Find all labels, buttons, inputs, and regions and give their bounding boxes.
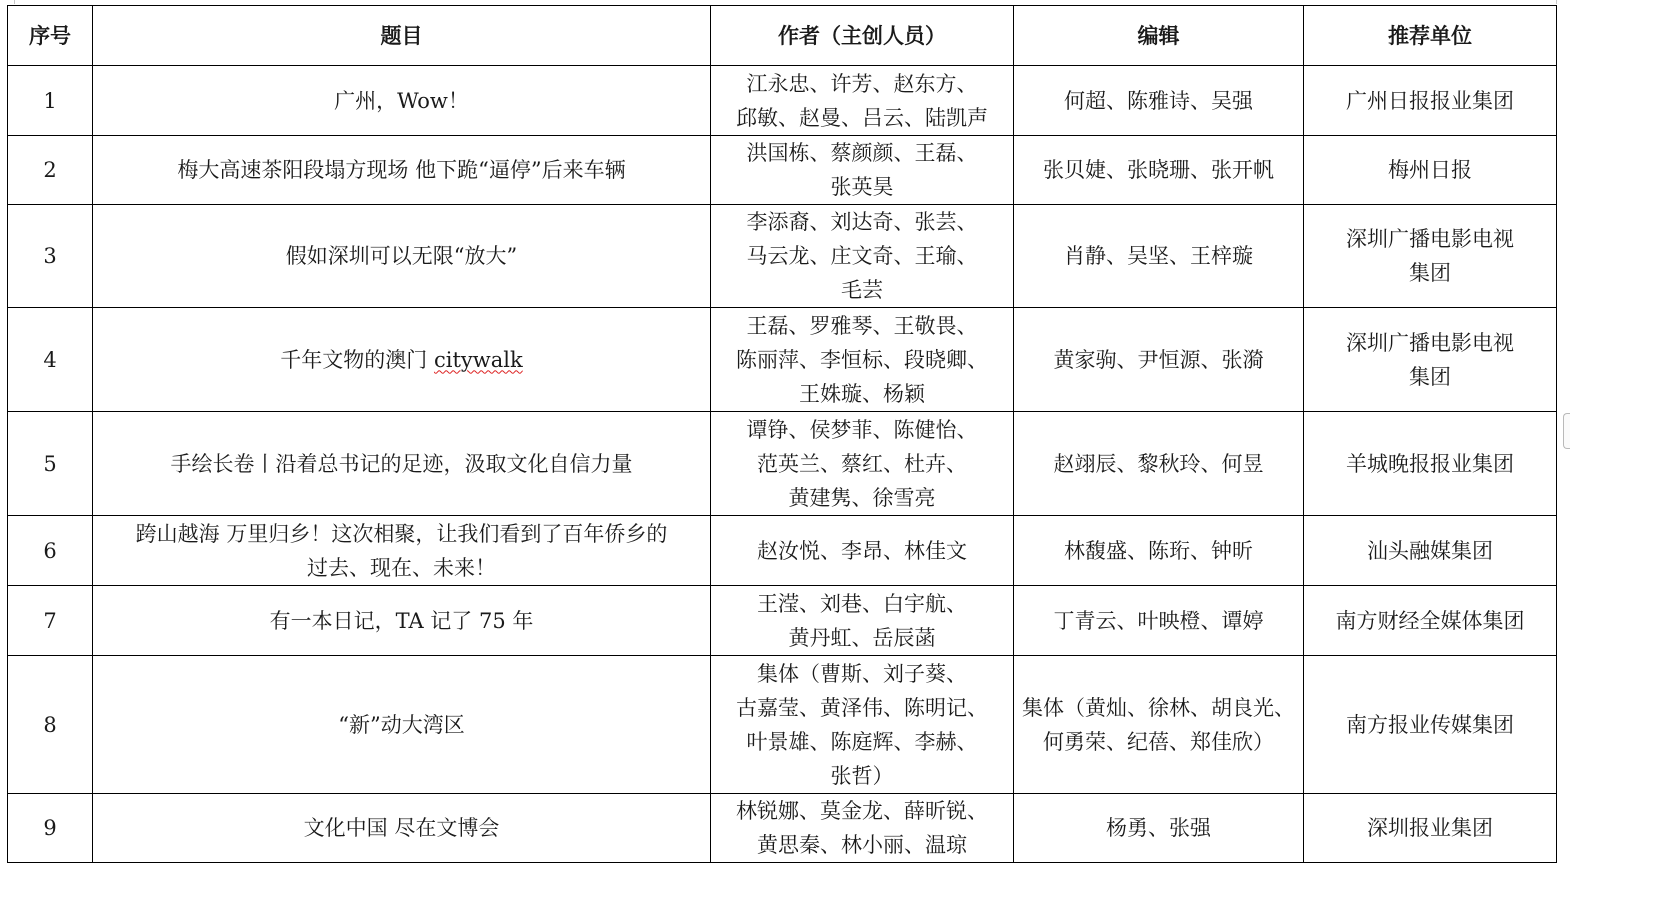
unit-line: 南方报业传媒集团 xyxy=(1310,708,1550,742)
document-page: 序号 题目 作者（主创人员） 编辑 推荐单位 1广州，Wow！江永忠、许芳、赵东… xyxy=(0,0,1670,921)
cell-unit[interactable]: 梅州日报 xyxy=(1304,136,1557,205)
unit-line: 汕头融媒集团 xyxy=(1310,534,1550,568)
cell-no[interactable]: 2 xyxy=(8,136,93,205)
spellcheck-flagged-word[interactable]: citywalk xyxy=(434,348,523,372)
cell-unit[interactable]: 南方报业传媒集团 xyxy=(1304,656,1557,794)
header-editor: 编辑 xyxy=(1014,6,1304,66)
cell-no[interactable]: 5 xyxy=(8,412,93,516)
cell-title[interactable]: “新”动大湾区 xyxy=(93,656,711,794)
row-number: 4 xyxy=(43,348,56,372)
table-body: 1广州，Wow！江永忠、许芳、赵东方、邱敏、赵曼、吕云、陆凯声何超、陈雅诗、吴强… xyxy=(8,66,1557,863)
author-line: 李添裔、刘达奇、张芸、 xyxy=(717,205,1007,239)
title-line: 有一本日记，TA 记了 75 年 xyxy=(99,604,704,638)
title-line: “新”动大湾区 xyxy=(99,708,704,742)
cell-title[interactable]: 跨山越海 万里归乡！这次相聚，让我们看到了百年侨乡的过去、现在、未来！ xyxy=(93,516,711,586)
row-number: 6 xyxy=(43,539,56,563)
cell-editor[interactable]: 黄家驹、尹恒源、张漪 xyxy=(1014,308,1304,412)
table-row: 8“新”动大湾区集体（曹斯、刘子葵、古嘉莹、黄泽伟、陈明记、叶景雄、陈庭辉、李赫… xyxy=(8,656,1557,794)
table-row: 9文化中国 尽在文博会林锐娜、莫金龙、薛昕锐、黄思秦、林小丽、温琼杨勇、张强深圳… xyxy=(8,794,1557,863)
title-line: 手绘长卷丨沿着总书记的足迹，汲取文化自信力量 xyxy=(99,447,704,481)
cell-no[interactable]: 7 xyxy=(8,586,93,656)
cell-author[interactable]: 洪国栋、蔡颜颜、王磊、张英昊 xyxy=(711,136,1014,205)
editor-line: 赵翊辰、黎秋玲、何昱 xyxy=(1020,447,1297,481)
editor-line: 黄家驹、尹恒源、张漪 xyxy=(1020,343,1297,377)
cell-no[interactable]: 3 xyxy=(8,205,93,308)
table-header-row: 序号 题目 作者（主创人员） 编辑 推荐单位 xyxy=(8,6,1557,66)
cell-unit[interactable]: 深圳报业集团 xyxy=(1304,794,1557,863)
cell-author[interactable]: 王滢、刘巷、白宇航、黄丹虹、岳辰菡 xyxy=(711,586,1014,656)
unit-line: 南方财经全媒体集团 xyxy=(1310,604,1550,638)
cell-unit[interactable]: 南方财经全媒体集团 xyxy=(1304,586,1557,656)
author-line: 谭铮、侯梦菲、陈健怡、 xyxy=(717,413,1007,447)
title-line: 跨山越海 万里归乡！这次相聚，让我们看到了百年侨乡的 xyxy=(99,517,704,551)
cell-editor[interactable]: 何超、陈雅诗、吴强 xyxy=(1014,66,1304,136)
author-line: 王姝璇、杨颖 xyxy=(717,377,1007,411)
award-table: 序号 题目 作者（主创人员） 编辑 推荐单位 1广州，Wow！江永忠、许芳、赵东… xyxy=(7,5,1557,863)
editor-line: 集体（黄灿、徐林、胡良光、 xyxy=(1020,691,1297,725)
row-number: 9 xyxy=(43,816,56,840)
unit-line: 集团 xyxy=(1310,256,1550,290)
editor-line: 丁青云、叶映橙、谭婷 xyxy=(1020,604,1297,638)
title-line: 假如深圳可以无限“放大” xyxy=(99,239,704,273)
unit-line: 深圳报业集团 xyxy=(1310,811,1550,845)
cell-unit[interactable]: 广州日报报业集团 xyxy=(1304,66,1557,136)
author-line: 张哲） xyxy=(717,759,1007,793)
row-number: 3 xyxy=(43,244,56,268)
editor-line: 林馥盛、陈珩、钟昕 xyxy=(1020,534,1297,568)
cell-editor[interactable]: 林馥盛、陈珩、钟昕 xyxy=(1014,516,1304,586)
title-line: 文化中国 尽在文博会 xyxy=(99,811,704,845)
cell-editor[interactable]: 杨勇、张强 xyxy=(1014,794,1304,863)
cell-title[interactable]: 手绘长卷丨沿着总书记的足迹，汲取文化自信力量 xyxy=(93,412,711,516)
title-line: 广州，Wow！ xyxy=(99,84,704,118)
page-corner-mark xyxy=(0,0,15,4)
header-author: 作者（主创人员） xyxy=(711,6,1014,66)
cell-author[interactable]: 林锐娜、莫金龙、薛昕锐、黄思秦、林小丽、温琼 xyxy=(711,794,1014,863)
author-line: 黄思秦、林小丽、温琼 xyxy=(717,828,1007,862)
author-line: 叶景雄、陈庭辉、李赫、 xyxy=(717,725,1007,759)
author-line: 马云龙、庄文奇、王瑜、 xyxy=(717,239,1007,273)
header-title: 题目 xyxy=(93,6,711,66)
cell-no[interactable]: 9 xyxy=(8,794,93,863)
row-number: 7 xyxy=(43,609,56,633)
cell-title[interactable]: 千年文物的澳门 citywalk xyxy=(93,308,711,412)
editor-line: 何勇荣、纪蓓、郑佳欣） xyxy=(1020,725,1297,759)
cell-author[interactable]: 谭铮、侯梦菲、陈健怡、范英兰、蔡红、杜卉、黄建隽、徐雪亮 xyxy=(711,412,1014,516)
title-line: 过去、现在、未来！ xyxy=(99,551,704,585)
cell-author[interactable]: 江永忠、许芳、赵东方、邱敏、赵曼、吕云、陆凯声 xyxy=(711,66,1014,136)
author-line: 赵汝悦、李昂、林佳文 xyxy=(717,534,1007,568)
author-line: 张英昊 xyxy=(717,170,1007,204)
author-line: 集体（曹斯、刘子葵、 xyxy=(717,657,1007,691)
cell-editor[interactable]: 集体（黄灿、徐林、胡良光、何勇荣、纪蓓、郑佳欣） xyxy=(1014,656,1304,794)
cell-title[interactable]: 有一本日记，TA 记了 75 年 xyxy=(93,586,711,656)
table-row: 5手绘长卷丨沿着总书记的足迹，汲取文化自信力量谭铮、侯梦菲、陈健怡、范英兰、蔡红… xyxy=(8,412,1557,516)
cell-author[interactable]: 集体（曹斯、刘子葵、古嘉莹、黄泽伟、陈明记、叶景雄、陈庭辉、李赫、张哲） xyxy=(711,656,1014,794)
row-number: 1 xyxy=(43,89,56,113)
row-number: 2 xyxy=(43,158,56,182)
table-row: 1广州，Wow！江永忠、许芳、赵东方、邱敏、赵曼、吕云、陆凯声何超、陈雅诗、吴强… xyxy=(8,66,1557,136)
cell-author[interactable]: 李添裔、刘达奇、张芸、马云龙、庄文奇、王瑜、毛芸 xyxy=(711,205,1014,308)
author-line: 王滢、刘巷、白宇航、 xyxy=(717,587,1007,621)
cell-editor[interactable]: 张贝婕、张晓珊、张开帆 xyxy=(1014,136,1304,205)
cell-unit[interactable]: 深圳广播电影电视集团 xyxy=(1304,205,1557,308)
unit-line: 深圳广播电影电视 xyxy=(1310,222,1550,256)
cell-author[interactable]: 王磊、罗雅琴、王敬畏、陈丽萍、李恒标、段晓卿、王姝璇、杨颖 xyxy=(711,308,1014,412)
title-text: 千年文物的澳门 xyxy=(280,348,434,372)
title-line: 梅大高速茶阳段塌方现场 他下跪“逼停”后来车辆 xyxy=(99,153,704,187)
cell-editor[interactable]: 肖静、吴坚、王梓璇 xyxy=(1014,205,1304,308)
table-row: 3假如深圳可以无限“放大”李添裔、刘达奇、张芸、马云龙、庄文奇、王瑜、毛芸肖静、… xyxy=(8,205,1557,308)
author-line: 范英兰、蔡红、杜卉、 xyxy=(717,447,1007,481)
author-line: 林锐娜、莫金龙、薛昕锐、 xyxy=(717,794,1007,828)
header-no: 序号 xyxy=(8,6,93,66)
cell-no[interactable]: 6 xyxy=(8,516,93,586)
cell-editor[interactable]: 赵翊辰、黎秋玲、何昱 xyxy=(1014,412,1304,516)
cell-title[interactable]: 文化中国 尽在文博会 xyxy=(93,794,711,863)
table-row: 2梅大高速茶阳段塌方现场 他下跪“逼停”后来车辆洪国栋、蔡颜颜、王磊、张英昊张贝… xyxy=(8,136,1557,205)
author-line: 黄丹虹、岳辰菡 xyxy=(717,621,1007,655)
row-number: 5 xyxy=(43,452,56,476)
author-line: 洪国栋、蔡颜颜、王磊、 xyxy=(717,136,1007,170)
title-line: 千年文物的澳门 citywalk xyxy=(99,343,704,377)
author-line: 陈丽萍、李恒标、段晓卿、 xyxy=(717,343,1007,377)
cell-unit[interactable]: 汕头融媒集团 xyxy=(1304,516,1557,586)
author-line: 黄建隽、徐雪亮 xyxy=(717,481,1007,515)
editor-line: 何超、陈雅诗、吴强 xyxy=(1020,84,1297,118)
cell-no[interactable]: 8 xyxy=(8,656,93,794)
cell-no[interactable]: 1 xyxy=(8,66,93,136)
header-unit: 推荐单位 xyxy=(1304,6,1557,66)
unit-line: 羊城晚报报业集团 xyxy=(1310,447,1550,481)
author-line: 江永忠、许芳、赵东方、 xyxy=(717,67,1007,101)
author-line: 邱敏、赵曼、吕云、陆凯声 xyxy=(717,101,1007,135)
unit-line: 集团 xyxy=(1310,360,1550,394)
cell-editor[interactable]: 丁青云、叶映橙、谭婷 xyxy=(1014,586,1304,656)
editor-line: 张贝婕、张晓珊、张开帆 xyxy=(1020,153,1297,187)
cell-author[interactable]: 赵汝悦、李昂、林佳文 xyxy=(711,516,1014,586)
page-corner-mark xyxy=(1556,0,1571,4)
author-line: 王磊、罗雅琴、王敬畏、 xyxy=(717,309,1007,343)
cell-title[interactable]: 假如深圳可以无限“放大” xyxy=(93,205,711,308)
author-line: 古嘉莹、黄泽伟、陈明记、 xyxy=(717,691,1007,725)
unit-line: 深圳广播电影电视 xyxy=(1310,326,1550,360)
unit-line: 梅州日报 xyxy=(1310,153,1550,187)
cell-unit[interactable]: 深圳广播电影电视集团 xyxy=(1304,308,1557,412)
table-row: 6跨山越海 万里归乡！这次相聚，让我们看到了百年侨乡的过去、现在、未来！赵汝悦、… xyxy=(8,516,1557,586)
cell-title[interactable]: 梅大高速茶阳段塌方现场 他下跪“逼停”后来车辆 xyxy=(93,136,711,205)
side-panel-handle[interactable] xyxy=(1563,413,1570,449)
cell-title[interactable]: 广州，Wow！ xyxy=(93,66,711,136)
cell-no[interactable]: 4 xyxy=(8,308,93,412)
editor-line: 杨勇、张强 xyxy=(1020,811,1297,845)
author-line: 毛芸 xyxy=(717,273,1007,307)
table-row: 4千年文物的澳门 citywalk王磊、罗雅琴、王敬畏、陈丽萍、李恒标、段晓卿、… xyxy=(8,308,1557,412)
unit-line: 广州日报报业集团 xyxy=(1310,84,1550,118)
cell-unit[interactable]: 羊城晚报报业集团 xyxy=(1304,412,1557,516)
row-number: 8 xyxy=(43,713,56,737)
table-row: 7有一本日记，TA 记了 75 年王滢、刘巷、白宇航、黄丹虹、岳辰菡丁青云、叶映… xyxy=(8,586,1557,656)
editor-line: 肖静、吴坚、王梓璇 xyxy=(1020,239,1297,273)
